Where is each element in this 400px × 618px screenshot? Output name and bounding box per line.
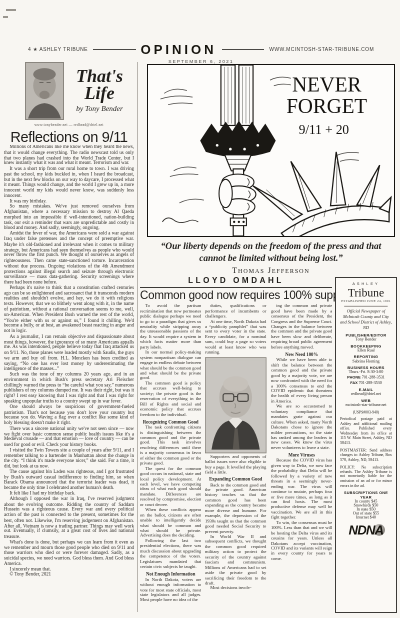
staff-name: Tony Bender bbox=[339, 338, 394, 342]
article-paragraph: The task confronting citizens is disting… bbox=[140, 425, 201, 466]
article-paragraph: Following the last two presidential elec… bbox=[140, 539, 201, 570]
article-paragraph: Perhaps it's naive to think that a const… bbox=[4, 286, 134, 335]
article-paragraph: The quest for the common good occurs in … bbox=[140, 467, 201, 508]
postage-note: Periodical postage paid at Ashley and ad… bbox=[340, 417, 392, 445]
omdahl-column-1: To avoid the partisan recrimination that… bbox=[140, 304, 201, 614]
fax-label: FAX bbox=[350, 381, 357, 385]
cartoon-title-line2: FORGET bbox=[286, 95, 367, 118]
twin-towers bbox=[221, 65, 253, 125]
article-paragraph: While we have been able to shift the bal… bbox=[271, 358, 332, 405]
article-paragraph: To win, the consensus must be 100%. Less… bbox=[271, 521, 332, 562]
header-rule-right bbox=[222, 49, 265, 50]
pull-quote: “Our liberty depends on the freedom of t… bbox=[147, 241, 395, 275]
thats-life-body: Millions of Americans like me know when … bbox=[4, 145, 134, 593]
article-paragraph: Most decisions involv- bbox=[205, 586, 266, 591]
subscription-rate: Internet $40 bbox=[339, 516, 394, 520]
folio-left: 4 ★ ASHLEY TRIBUNE bbox=[28, 47, 88, 53]
ndna-logo: NDNA bbox=[349, 524, 384, 539]
article-paragraph: Supporters and opponents of ballot issue… bbox=[205, 455, 266, 476]
article-paragraph: What's done is done, but perhaps we can … bbox=[4, 540, 134, 567]
quote-attribution: Thomas Jefferson bbox=[147, 266, 395, 275]
quote-text: “Our liberty depends on the freedom of t… bbox=[147, 241, 395, 265]
article-paragraph: As a journalist, I can remain objective … bbox=[4, 334, 134, 372]
fax-line: FAX 701-288-3530 bbox=[339, 381, 394, 385]
author-contact: www.tonybender.net — redhead@drtel.net bbox=[3, 123, 135, 127]
article-paragraph: ing the common and private good have bee… bbox=[271, 304, 332, 351]
article-paragraph: To avoid the partisan recrimination that… bbox=[140, 304, 201, 351]
article-paragraph: Millions of Americans like me know when … bbox=[4, 145, 134, 167]
article-paragraph: The cause against bin Laden was righteou… bbox=[4, 470, 134, 492]
liberty-crown bbox=[253, 152, 391, 236]
page-number: 4 bbox=[28, 47, 31, 53]
article-paragraph: In North Dakota, voters are without enou… bbox=[140, 578, 201, 604]
hours-value: Thurs.-Fri. 8:30-3:00 bbox=[339, 370, 394, 374]
scan-artifact bbox=[3, 16, 8, 18]
subhead: Recognizing Common Good bbox=[140, 419, 201, 424]
column-logo-title: That's Life bbox=[64, 68, 135, 102]
policy-note: POLICY: No subscription refunds. The Ash… bbox=[340, 465, 392, 489]
lloyd-omdahl-photo bbox=[205, 357, 266, 453]
article-paragraph: Amidst the fever of war, the Americans w… bbox=[4, 232, 134, 286]
web-value: mcintosh-star-tribune.net bbox=[339, 403, 394, 407]
article-paragraph: There was a sincere national unity we've… bbox=[4, 426, 134, 448]
column-byline: by Tony Bender bbox=[64, 104, 135, 113]
cartoon-art: NEVER FORGET 9/11 + 20 bbox=[148, 65, 394, 236]
article-paragraph: Back to the common good and the private … bbox=[205, 483, 266, 535]
staff-name: Sabrina Horning bbox=[339, 360, 394, 364]
article-copyright: © Tony Bender, 2021 bbox=[4, 573, 134, 578]
phone-label: PHONE bbox=[347, 376, 361, 380]
divider bbox=[344, 306, 388, 307]
article-paragraph: It was a short trip from our rural home … bbox=[4, 167, 134, 199]
paper-name: ASHLEY TRIBUNE bbox=[39, 47, 88, 53]
subhead: More Viruses bbox=[271, 453, 332, 458]
ndna-text: NDNA bbox=[349, 524, 384, 538]
masthead-established: ESTABLISHED JUNE 24, 1901 bbox=[339, 300, 394, 303]
thats-life-column: That's Life by Tony Bender www.tonybende… bbox=[3, 62, 135, 146]
article-paragraph: In World War II and subsequent conflicts… bbox=[205, 535, 266, 587]
article-paragraph: The common good is policy that accrues w… bbox=[140, 382, 201, 418]
phone-line: PHONE 701-288-3531 bbox=[339, 376, 394, 380]
omdahl-column-3: ing the common and private good have bee… bbox=[271, 304, 332, 614]
article-paragraph: Such was the tone of my columns 20 years… bbox=[4, 372, 134, 404]
header-rule-left bbox=[93, 49, 136, 50]
masthead-title: Tribune bbox=[339, 287, 394, 299]
article-paragraph: Because the COVID virus has given way to… bbox=[271, 459, 332, 521]
official-newspaper-note: Official Newspaper of McIntosh County an… bbox=[340, 309, 392, 331]
star-icon: ★ bbox=[33, 47, 38, 53]
omdahl-columns: To avoid the partisan recrimination that… bbox=[140, 304, 332, 614]
usps-number: (USPS#003-940) bbox=[339, 411, 394, 415]
tony-bender-photo bbox=[25, 62, 64, 120]
article-paragraph: At one time, North Dakota had a “publici… bbox=[205, 320, 266, 356]
portrait-art bbox=[26, 63, 63, 119]
subhead: Expanding Common Good bbox=[205, 477, 266, 482]
cartoon-subtitle: 9/11 + 20 bbox=[299, 122, 350, 137]
column-rule bbox=[137, 62, 138, 612]
omdahl-byline: LLOYD OMDAHL bbox=[140, 276, 332, 288]
article-paragraph: I visited the Twin Towers site a couple … bbox=[4, 448, 134, 470]
article-paragraph: Although I opposed the war in Iraq, I've… bbox=[4, 497, 134, 540]
article-paragraph: In our normal policy-making system nonpa… bbox=[140, 351, 201, 382]
omdahl-column-2: duties, qualifications or performance of… bbox=[205, 304, 266, 614]
portrait-art bbox=[206, 358, 266, 453]
article-paragraph: When these conflicts appear on the ballo… bbox=[140, 508, 201, 539]
email-value: redhead@drtel.net bbox=[339, 392, 394, 396]
masthead-box: ASHLEY Tribune ESTABLISHED JUNE 24, 1901… bbox=[335, 277, 397, 613]
subhead: Not Enough Information bbox=[140, 571, 201, 576]
phone-number: 701-288-3531 bbox=[362, 376, 385, 380]
editorial-cartoon: NEVER FORGET 9/11 + 20 bbox=[147, 64, 395, 237]
omdahl-headline: Common good now requires 100% support bbox=[140, 288, 324, 302]
thats-life-masthead: That's Life by Tony Bender bbox=[3, 62, 135, 120]
fax-number: 701-288-3530 bbox=[359, 381, 382, 385]
subhead: New Need 100% bbox=[271, 352, 332, 357]
opinion-page: 4 ★ ASHLEY TRIBUNE OPINION WWW.MCINTOSH-… bbox=[0, 0, 400, 618]
article-paragraph: We are so accustomed to voluntary compli… bbox=[271, 405, 332, 452]
staff-name: Ellen Rual bbox=[339, 349, 394, 353]
article-headline: Reflections on 9/11 bbox=[3, 130, 135, 146]
cartoon-title-line1: NEVER bbox=[292, 73, 361, 96]
postmaster-note: POSTMASTER: Send address changes to: Ash… bbox=[340, 448, 392, 462]
article-paragraph: duties, qualifications or performance of… bbox=[205, 304, 266, 320]
article-paragraph: So many mistakes. We've just removed our… bbox=[4, 205, 134, 232]
artist-signature bbox=[162, 218, 198, 223]
page-header: 4 ★ ASHLEY TRIBUNE OPINION WWW.MCINTOSH-… bbox=[28, 42, 374, 64]
article-paragraph: One should always be suspicious of gover… bbox=[4, 405, 134, 427]
section-title: OPINION bbox=[141, 42, 217, 57]
scan-artifact bbox=[6, 9, 16, 11]
folio-website: WWW.MCINTOSH-STAR-TRIBUNE.COM bbox=[269, 47, 374, 53]
